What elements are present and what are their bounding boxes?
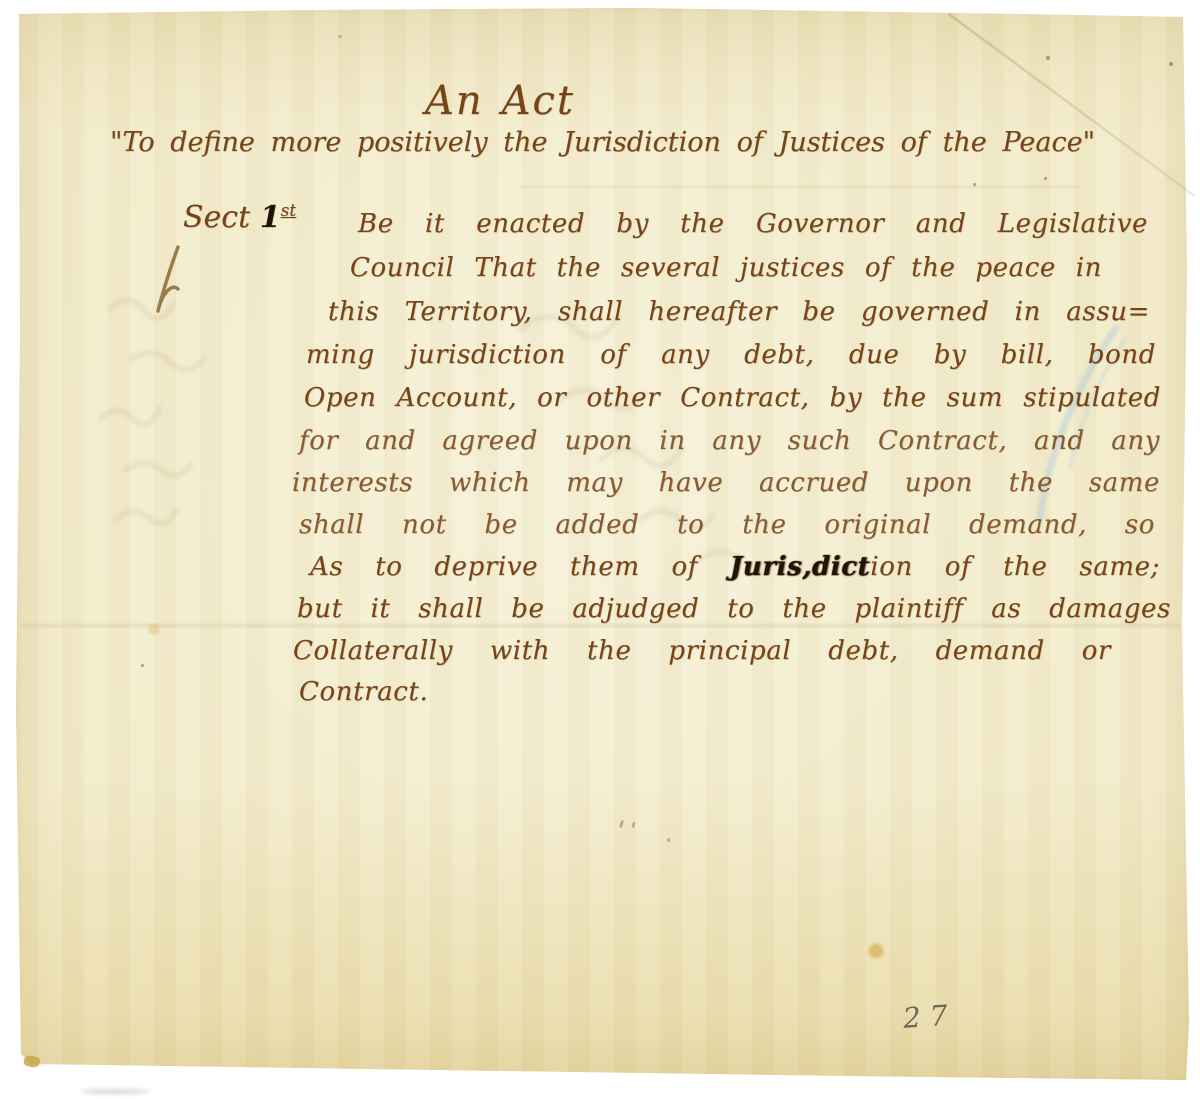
overwritten-word: Juris,dict xyxy=(730,552,870,582)
body-line: Be it enacted by the Governor and Legisl… xyxy=(358,208,1148,241)
ink-speck xyxy=(338,35,342,38)
act-subtitle: "To define more positively the Jurisdict… xyxy=(110,126,1095,160)
ink-speck xyxy=(1046,56,1050,60)
page-number-annotation: 27 xyxy=(902,998,958,1035)
scanner-smudge xyxy=(80,1089,150,1094)
body-line: interests which may have accrued upon th… xyxy=(292,467,1160,500)
ink-speck xyxy=(1044,177,1047,180)
body-line: Contract. xyxy=(299,676,599,709)
act-heading: An Act xyxy=(425,76,575,126)
ink-speck xyxy=(1169,62,1173,66)
body-line: Council That the several justices of the… xyxy=(350,252,1102,285)
section-ordinal: st xyxy=(281,201,297,221)
body-line: As to deprive them of Juris,diction of t… xyxy=(310,551,1160,584)
body-line: ming jurisdiction of any debt, due by bi… xyxy=(306,339,1156,372)
ink-speck xyxy=(667,838,670,842)
section-number: 1 xyxy=(260,200,281,235)
scan-canvas: An Act "To define more positively the Ju… xyxy=(0,0,1200,1099)
body-line: this Territory, shall hereafter be gover… xyxy=(328,296,1150,329)
body-line: Collaterally with the principal debt, de… xyxy=(293,635,1111,668)
ink-flourish xyxy=(148,243,198,318)
body-line: shall not be added to the original deman… xyxy=(299,509,1155,542)
body-line: for and agreed upon in any such Contract… xyxy=(299,425,1160,458)
body-line-segment: ion of the same; xyxy=(870,552,1160,582)
section-label: Sect 1st xyxy=(183,200,296,235)
ink-speck xyxy=(973,183,976,186)
body-line: but it shall be adjudged to the plaintif… xyxy=(297,593,1171,626)
body-line: Open Account, or other Contract, by the … xyxy=(304,382,1161,415)
body-line-segment: As to deprive them of xyxy=(310,552,730,582)
manuscript-paper xyxy=(16,8,1189,1080)
ink-speck xyxy=(141,664,144,667)
section-word: Sect xyxy=(183,200,260,235)
